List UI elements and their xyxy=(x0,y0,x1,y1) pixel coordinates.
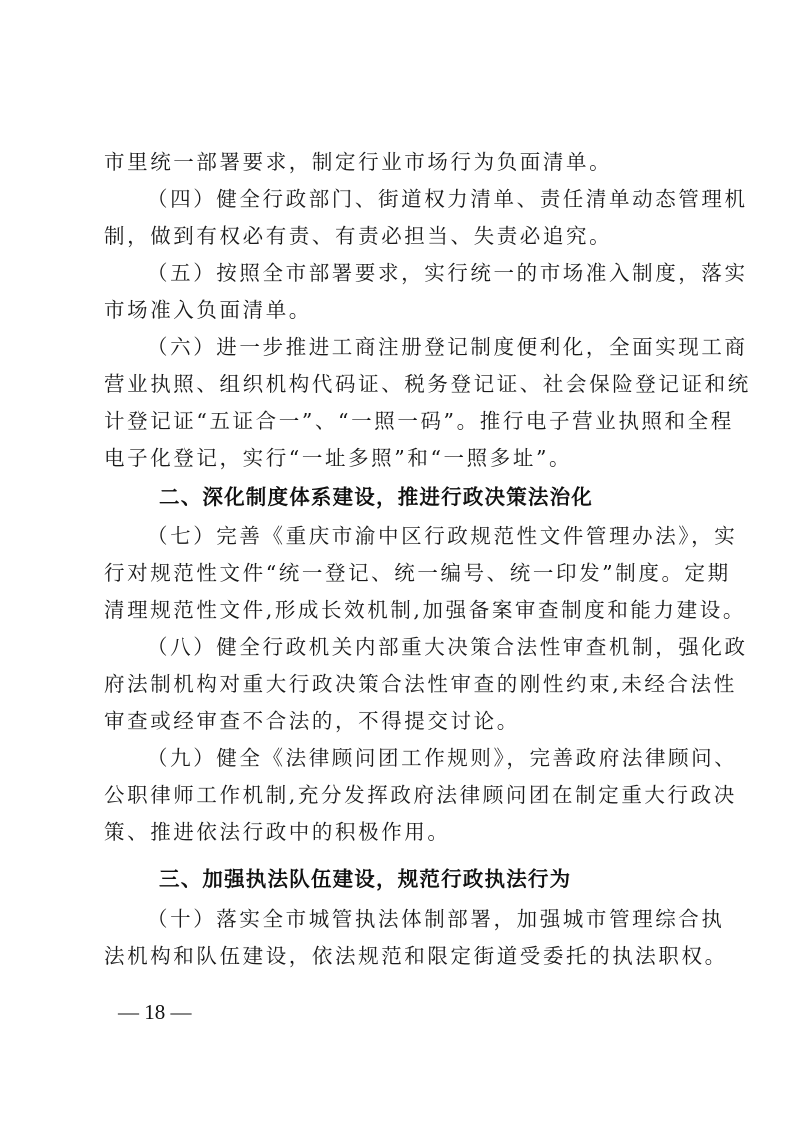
paragraph-line: 市里统一部署要求，制定行业市场行为负面清单。 xyxy=(104,148,694,176)
paragraph-line: （十）落实全市城管执法体制部署，加强城市管理综合执 xyxy=(147,905,737,933)
section-heading-3: 三、加强执法队伍建设，规范行政执法行为 xyxy=(159,865,571,893)
paragraph-line: 府法制机构对重大行政决策合法性审查的刚性约束,未经合法性 xyxy=(104,670,694,698)
document-page: 市里统一部署要求，制定行业市场行为负面清单。 （四）健全行政部门、街道权力清单、… xyxy=(0,0,793,1122)
paragraph-line: 制，做到有权必有责、有责必担当、失责必追究。 xyxy=(104,222,694,250)
page-number: — 18 — xyxy=(118,998,192,1026)
paragraph-line: 审查或经审查不合法的，不得提交讨论。 xyxy=(104,707,694,735)
paragraph-line: 策、推进依法行政中的积极作用。 xyxy=(104,818,694,846)
section-heading-2: 二、深化制度体系建设，推进行政决策法治化 xyxy=(159,483,593,511)
paragraph-line: （九）健全《法律顾问团工作规则》，完善政府法律顾问、 xyxy=(147,744,737,772)
paragraph-line: （八）健全行政机关内部重大决策合法性审查机制，强化政 xyxy=(147,633,737,661)
paragraph-line: （六）进一步推进工商注册登记制度便利化，全面实现工商 xyxy=(147,333,737,361)
paragraph-line: 计登记证“五证合一”、“一照一码”。推行电子营业执照和全程 xyxy=(104,407,694,435)
paragraph-line: 法机构和队伍建设，依法规范和限定街道受委托的执法职权。 xyxy=(104,942,694,970)
paragraph-line: 行对规范性文件“统一登记、统一编号、统一印发”制度。定期 xyxy=(104,559,694,587)
paragraph-line: 营业执照、组织机构代码证、税务登记证、社会保险登记证和统 xyxy=(104,370,694,398)
paragraph-line: 市场准入负面清单。 xyxy=(104,296,694,324)
paragraph-line: （四）健全行政部门、街道权力清单、责任清单动态管理机 xyxy=(147,185,737,213)
paragraph-line: 公职律师工作机制,充分发挥政府法律顾问团在制定重大行政决 xyxy=(104,781,694,809)
paragraph-line: （五）按照全市部署要求，实行统一的市场准入制度，落实 xyxy=(147,259,737,287)
paragraph-line: （七）完善《重庆市渝中区行政规范性文件管理办法》，实 xyxy=(147,522,737,550)
paragraph-line: 清理规范性文件,形成长效机制,加强备案审查制度和能力建设。 xyxy=(104,596,694,624)
paragraph-line: 电子化登记，实行“一址多照”和“一照多址”。 xyxy=(104,444,694,472)
